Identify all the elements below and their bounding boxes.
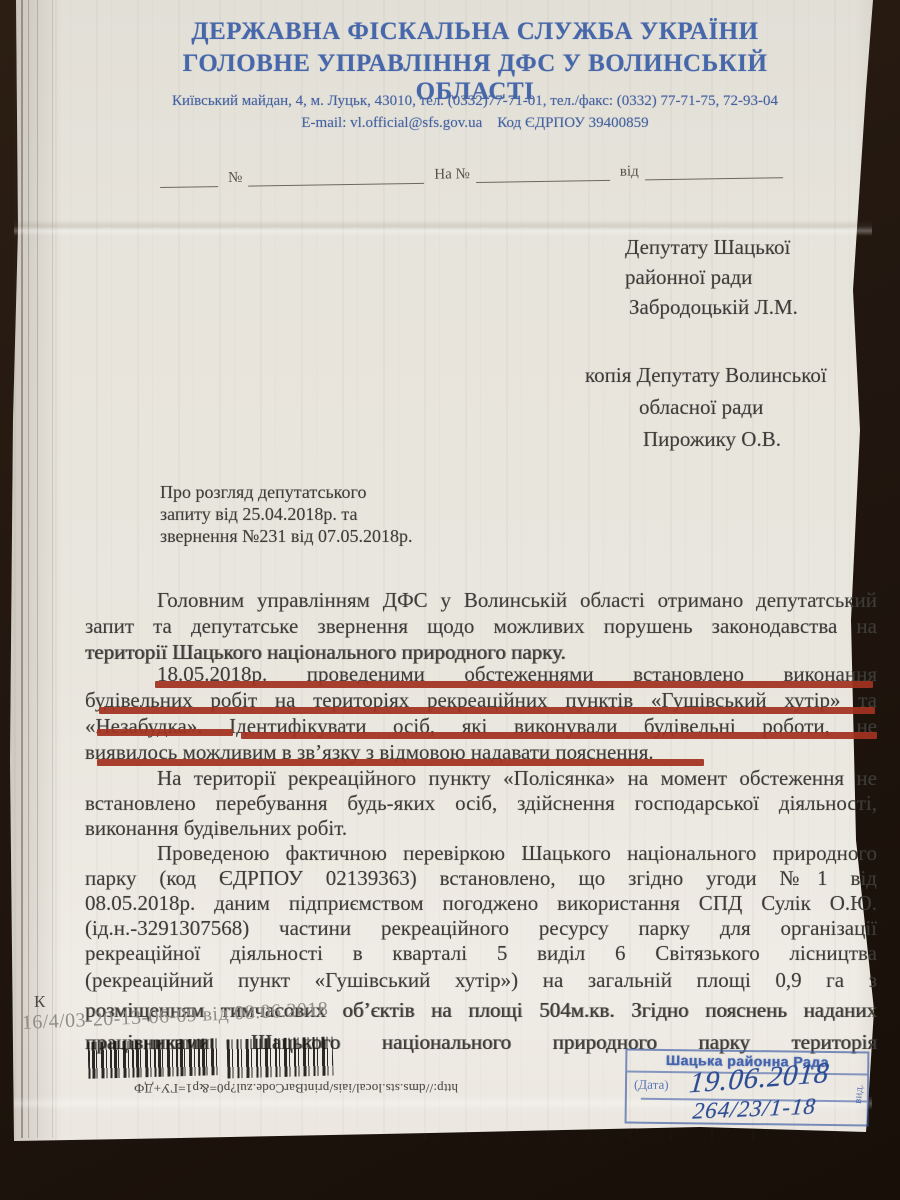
copy-recipient-line: копія Депутату Волинської [585, 360, 827, 390]
body-line: 08.05.2018р. даним підприємством погодже… [85, 891, 877, 916]
body-line: Головним управлінням ДФС у Волинській об… [85, 588, 877, 613]
from-date-label: від [610, 163, 645, 181]
org-title-line1: ДЕРЖАВНА ФІСКАЛЬНА СЛУЖБА УКРАЇНИ [150, 18, 800, 46]
red-underline [241, 732, 877, 739]
red-underline [99, 707, 875, 714]
copy-recipient-line: Пирожику О.В. [643, 424, 781, 454]
photo-stage: ДЕРЖАВНА ФІСКАЛЬНА СЛУЖБА УКРАЇНИ ГОЛОВН… [0, 0, 900, 1200]
body-line: На території рекреаційного пункту «Поліс… [85, 766, 877, 791]
body-line: (ід.н.-3291307568) частини рекреаційного… [85, 916, 877, 941]
blank-line [248, 167, 424, 187]
body-line: парку (код ЄДРПОУ 02139363) встановлено,… [85, 866, 877, 891]
copy-recipient-line: обласної ради [639, 392, 763, 422]
blank-line [476, 164, 610, 183]
on-number-label: На № [424, 166, 476, 184]
body-line: рекреаційної діяльності в кварталі 5 вид… [85, 941, 877, 966]
receipt-stamp: Шацька районна Рада (Дата) 19.06.2018 26… [625, 1049, 870, 1127]
number-symbol-label: № [218, 170, 249, 187]
barcode-url-upside-down: http://dms.sts.local/iais/printBarCode.z… [6, 1078, 458, 1096]
red-underline [97, 759, 704, 766]
subject-line: звернення №231 від 07.05.2018р. [160, 525, 413, 547]
recipient-line: Депутату Шацької [625, 232, 790, 262]
stamp-number-handwritten: 264/23/1-18 [691, 1094, 817, 1125]
subject-line: запиту від 25.04.2018р. та [160, 503, 358, 525]
subject-line: Про розгляд депутатського [160, 481, 366, 503]
body-line: встановлено перебування будь-яких осіб, … [85, 791, 877, 816]
margin-letter: К [34, 992, 45, 1012]
red-underline [97, 729, 233, 736]
org-contact-line: E-mail: vl.official@sfs.gov.ua Код ЄДРПО… [115, 115, 835, 132]
recipient-line: Забродоцькій Л.М. [629, 292, 798, 322]
blank-line [160, 170, 218, 188]
body-line: виконання будівельних робіт. [85, 816, 877, 841]
stamp-date-label: (Дата) [634, 1077, 669, 1093]
barcode [226, 1037, 333, 1079]
body-line: запит та депутатське звернення щодо можл… [85, 614, 877, 639]
recipient-line: районної ради [625, 262, 752, 292]
barcode [88, 1038, 219, 1079]
body-line: (рекреаційний пункт «Гушівський хутір») … [85, 968, 877, 993]
red-underline [155, 681, 873, 688]
stamp-side-note: вид. [852, 1084, 866, 1104]
org-address-line: Київський майдан, 4, м. Луцьк, 43010, те… [115, 93, 835, 110]
blank-line [645, 161, 783, 180]
body-line: Проведеною фактичною перевіркою Шацького… [85, 841, 877, 866]
